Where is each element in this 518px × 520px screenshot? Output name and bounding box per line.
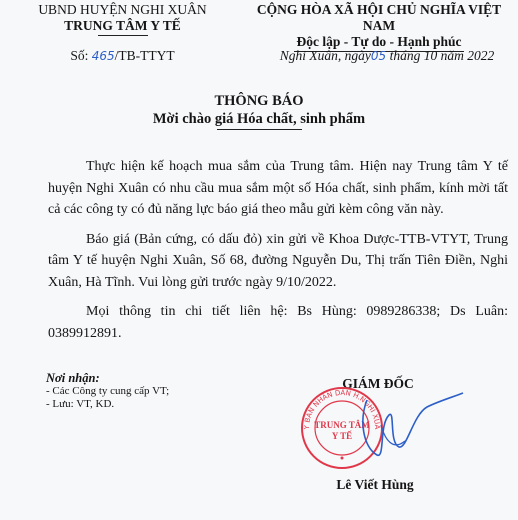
recipients-heading: Nơi nhận: xyxy=(46,372,266,385)
title-underline xyxy=(217,129,302,130)
body-paragraph: Mọi thông tin chi tiết liên hệ: Bs Hùng:… xyxy=(48,301,508,344)
handwritten-day: 05 xyxy=(371,49,386,63)
document-title: THÔNG BÁO Mời chào giá Hóa chất, sinh ph… xyxy=(0,92,518,130)
title-subheading: Mời chào giá Hóa chất, sinh phẩm xyxy=(0,110,518,128)
document-body: Thực hiện kế hoạch mua sắm của Trung tâm… xyxy=(48,156,508,352)
recipient-item: - Lưu: VT, KD. xyxy=(46,398,266,411)
document-number: Số: 465/TB-TTYT xyxy=(0,48,245,64)
svg-text:Y TẾ: Y TẾ xyxy=(332,431,352,441)
handwritten-signature-icon xyxy=(355,385,465,465)
document-date: Nghi Xuân, ngày05 tháng 10 năm 2022 xyxy=(256,48,518,64)
handwritten-number: 465 xyxy=(92,49,115,63)
agency-underline xyxy=(98,35,148,36)
signer-name: Lê Viết Hùng xyxy=(300,477,450,493)
national-motto: CỘNG HÒA XÃ HỘI CHỦ NGHĨA VIỆT NAM Độc l… xyxy=(240,2,518,52)
issuing-agency: UBND HUYỆN NGHI XUÂN TRUNG TÂM Y TẾ xyxy=(0,2,245,36)
body-paragraph: Thực hiện kế hoạch mua sắm của Trung tâm… xyxy=(48,156,508,221)
agency-line1: UBND HUYỆN NGHI XUÂN xyxy=(0,2,245,18)
recipient-item: - Các Công ty cung cấp VT; xyxy=(46,385,266,398)
title-heading: THÔNG BÁO xyxy=(0,92,518,110)
agency-line2: TRUNG TÂM Y TẾ xyxy=(0,18,245,34)
nation-line1: CỘNG HÒA XÃ HỘI CHỦ NGHĨA VIỆT NAM xyxy=(240,2,518,34)
body-paragraph: Báo giá (Bản cứng, có dấu đỏ) xin gửi về… xyxy=(48,229,508,294)
recipients: Nơi nhận: - Các Công ty cung cấp VT; - L… xyxy=(46,372,266,411)
